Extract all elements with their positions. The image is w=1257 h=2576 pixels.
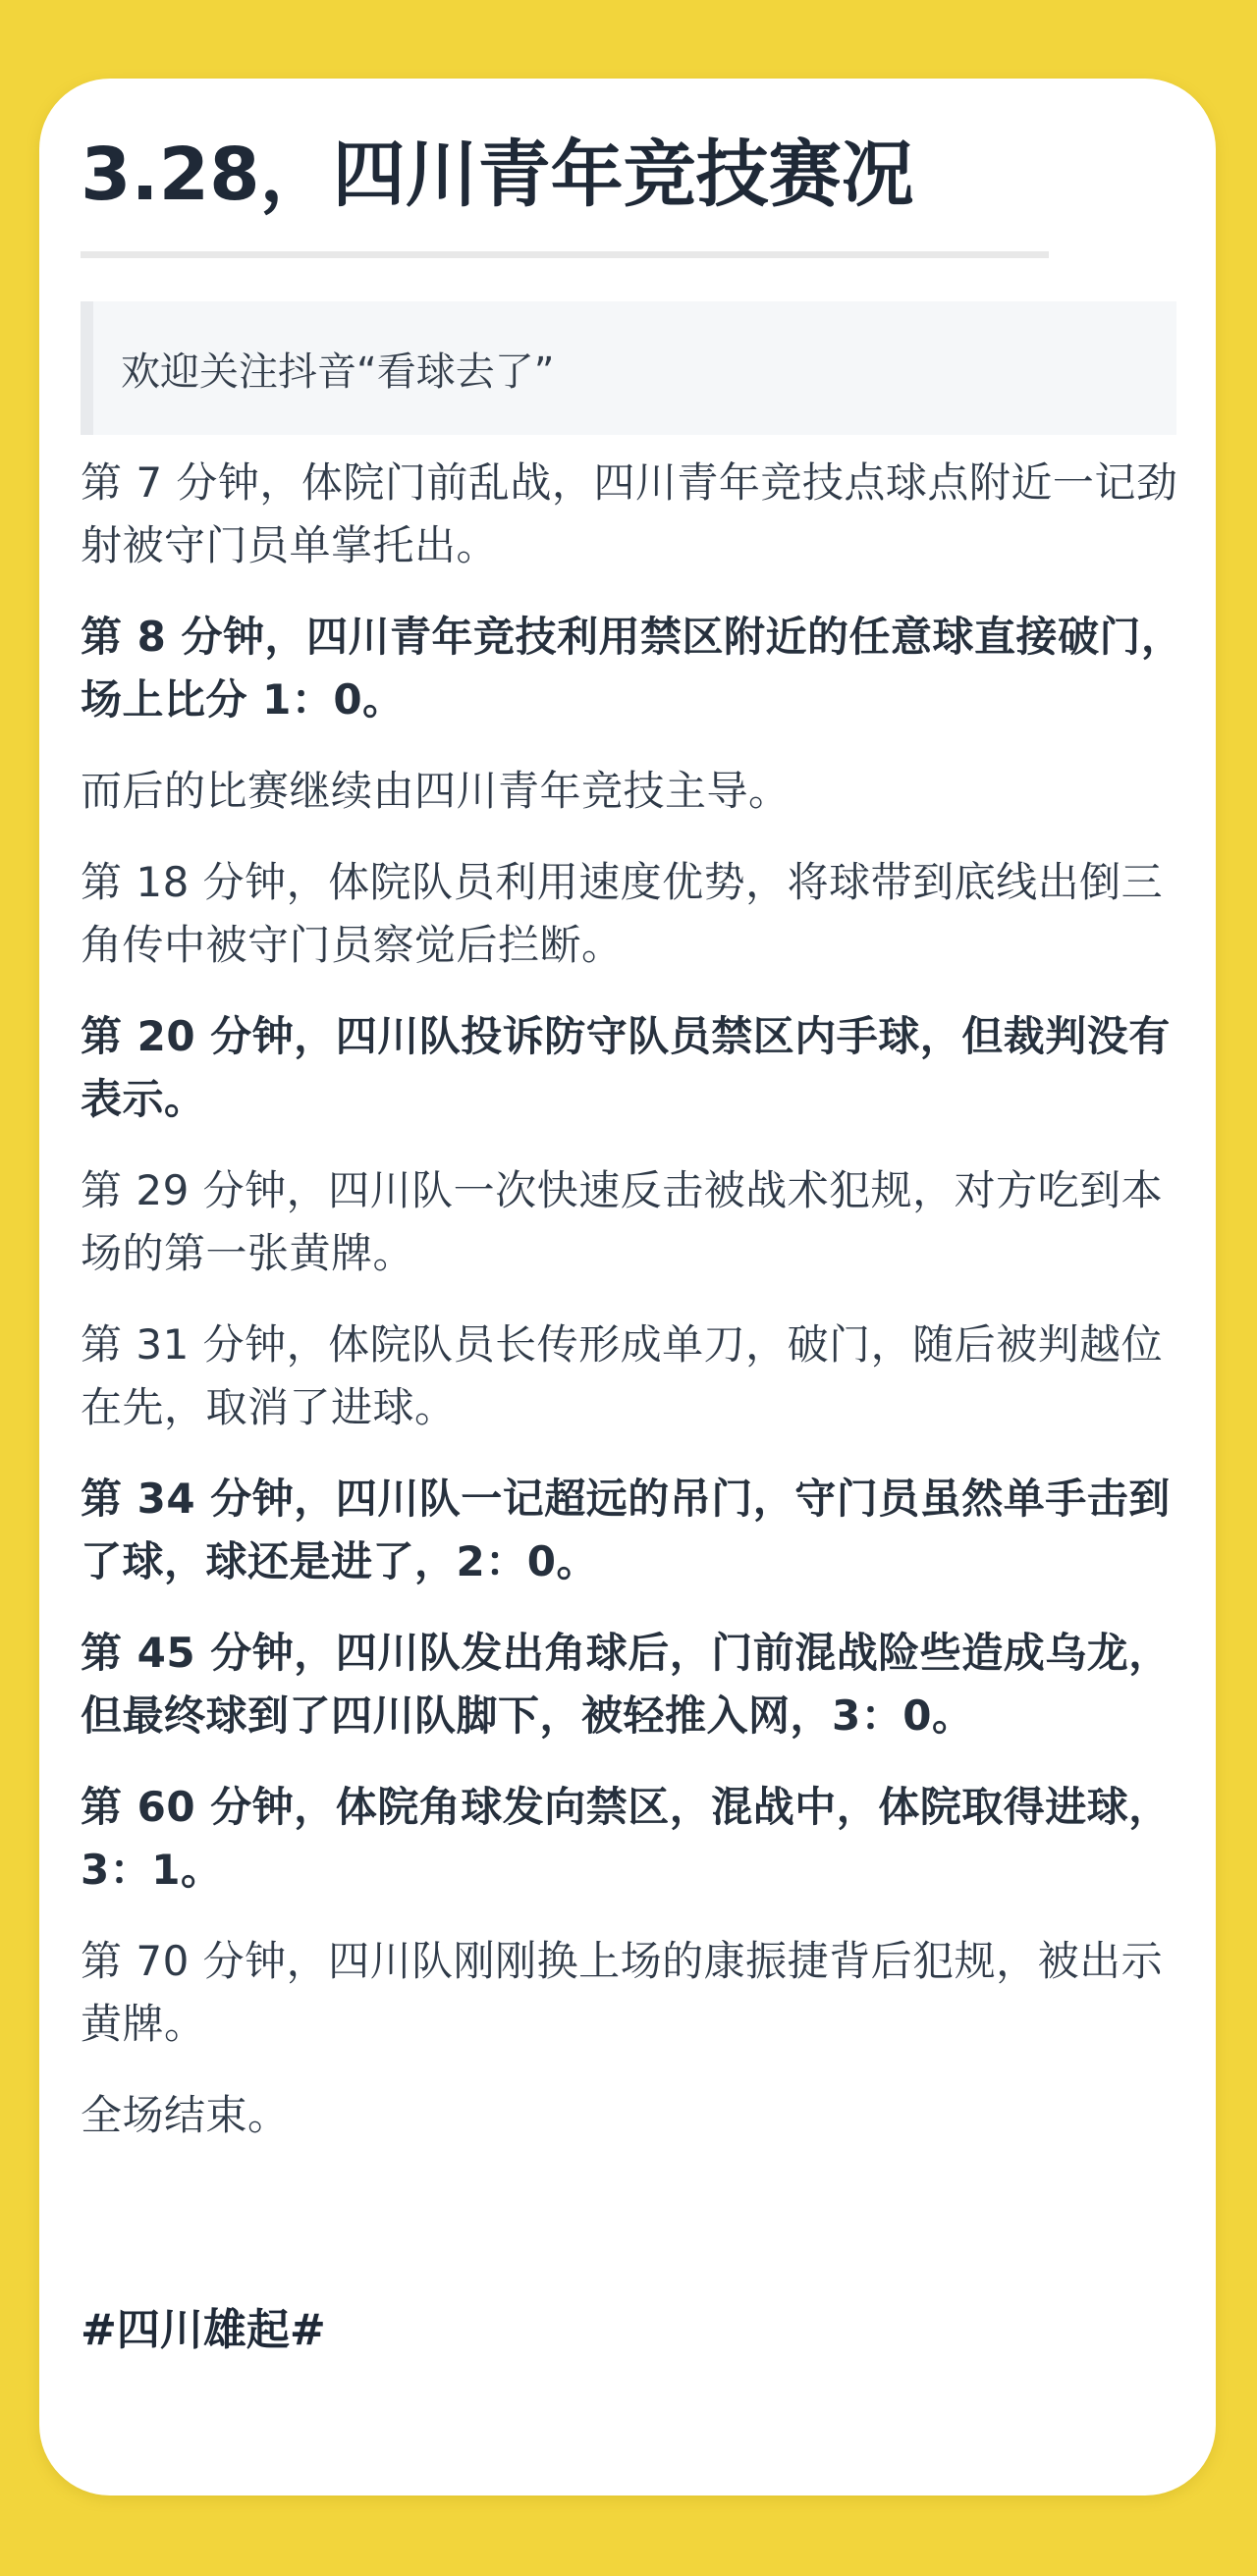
paragraph-minute-29: 第 29 分钟，四川队一次快速反击被战术犯规，对方吃到本场的第一张黄牌。 [81,1159,1190,1285]
paragraph-minute-34: 第 34 分钟，四川队一记超远的吊门，守门员虽然单手击到了球，球还是进了，2：0… [81,1468,1190,1593]
article-title: 3.28，四川青年竞技赛况 [81,126,914,224]
paragraph-minute-45: 第 45 分钟，四川队发出角球后，门前混战险些造成乌龙，但最终球到了四川队脚下，… [81,1622,1190,1747]
paragraph-full-time: 全场结束。 [81,2084,1190,2147]
paragraph-minute-70: 第 70 分钟，四川队刚刚换上场的康振捷背后犯规，被出示黄牌。 [81,1930,1190,2056]
paragraph-minute-18: 第 18 分钟，体院队员利用速度优势，将球带到底线出倒三角传中被守门员察觉后拦断… [81,851,1190,977]
article-body: 第 7 分钟，体院门前乱战，四川青年竞技点球点附近一记劲射被守门员单掌托出。 第… [81,452,1190,2175]
paragraph-dominance: 而后的比赛继续由四川青年竞技主导。 [81,760,1190,823]
paragraph-minute-7: 第 7 分钟，体院门前乱战，四川青年竞技点球点附近一记劲射被守门员单掌托出。 [81,452,1190,577]
hashtag[interactable]: #四川雄起# [81,2299,326,2362]
follow-quote-text: 欢迎关注抖音“看球去了” [121,341,554,397]
article-card: 3.28，四川青年竞技赛况 欢迎关注抖音“看球去了” 第 7 分钟，体院门前乱战… [39,79,1216,2495]
follow-quote: 欢迎关注抖音“看球去了” [81,301,1176,435]
paragraph-minute-31: 第 31 分钟，体院队员长传形成单刀，破门，随后被判越位在先，取消了进球。 [81,1314,1190,1439]
paragraph-minute-8: 第 8 分钟，四川青年竞技利用禁区附近的任意球直接破门，场上比分 1：0。 [81,606,1190,731]
paragraph-minute-20: 第 20 分钟，四川队投诉防守队员禁区内手球，但裁判没有表示。 [81,1005,1190,1131]
paragraph-minute-60: 第 60 分钟，体院角球发向禁区，混战中，体院取得进球，3：1。 [81,1776,1190,1902]
title-divider [81,251,1049,258]
